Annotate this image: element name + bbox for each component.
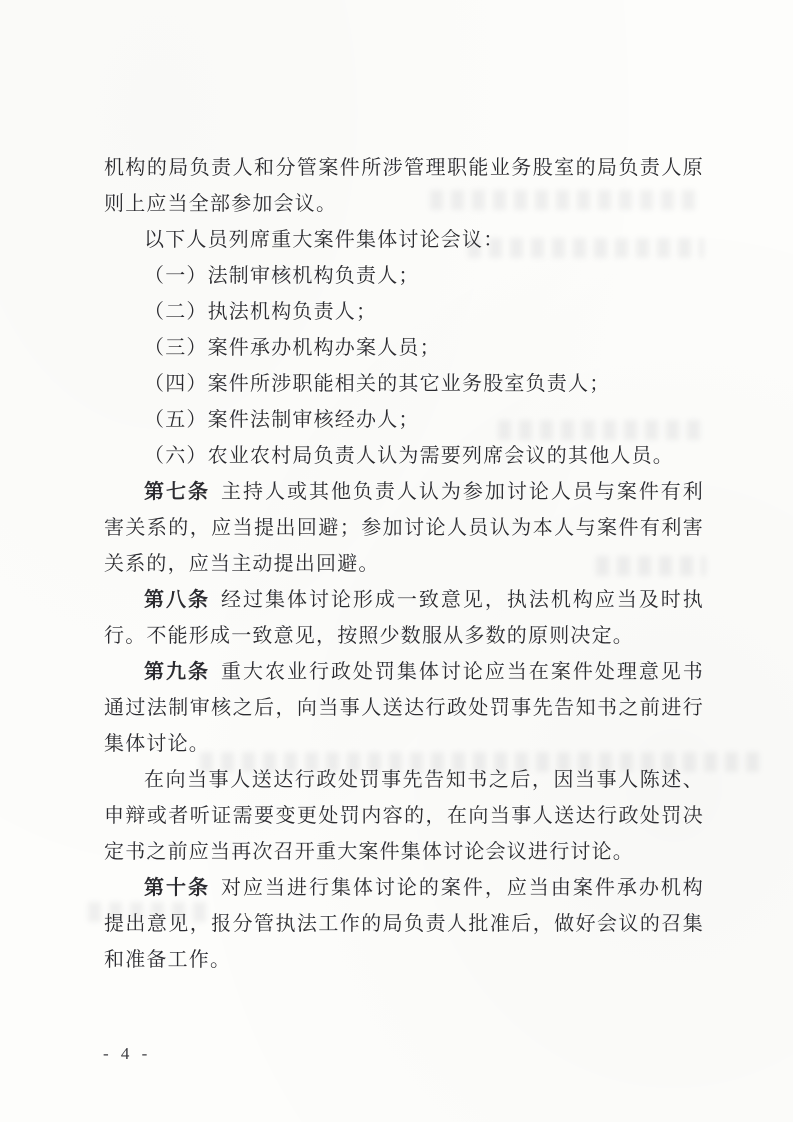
paragraph: 第八条经过集体讨论形成一致意见，执法机构应当及时执行。不能形成一致意见，按照少数… (104, 582, 704, 654)
paragraph-text: 机构的局负责人和分管案件所涉管理职能业务股室的局负责人原则上应当全部参加会议。 (104, 157, 704, 215)
paragraph-text: （二）执法机构负责人； (144, 301, 377, 323)
page-number: - 4 - (103, 1044, 151, 1064)
paragraph: （五）案件法制审核经办人； (104, 402, 704, 438)
paragraph: （四）案件所涉职能相关的其它业务股室负责人； (104, 366, 704, 402)
paragraph: 以下人员列席重大案件集体讨论会议： (104, 222, 704, 258)
paragraph-text: 在向当事人送达行政处罚事先告知书之后，因当事人陈述、申辩或者听证需要变更处罚内容… (104, 769, 704, 863)
paragraph: （三）案件承办机构办案人员； (104, 330, 704, 366)
paragraph: 在向当事人送达行政处罚事先告知书之后，因当事人陈述、申辩或者听证需要变更处罚内容… (104, 762, 704, 870)
paragraph: （二）执法机构负责人； (104, 294, 704, 330)
scanned-document-page: 机构的局负责人和分管案件所涉管理职能业务股室的局负责人原则上应当全部参加会议。 … (0, 0, 793, 1122)
article-number: 第十条 (144, 877, 210, 899)
document-body: 机构的局负责人和分管案件所涉管理职能业务股室的局负责人原则上应当全部参加会议。 … (104, 150, 704, 978)
paragraph: （一）法制审核机构负责人； (104, 258, 704, 294)
paragraph-text: （六）农业农村局负责人认为需要列席会议的其他人员。 (144, 445, 674, 467)
paragraph: 机构的局负责人和分管案件所涉管理职能业务股室的局负责人原则上应当全部参加会议。 (104, 150, 704, 222)
paragraph: 第九条重大农业行政处罚集体讨论应当在案件处理意见书通过法制审核之后，向当事人送达… (104, 654, 704, 762)
paragraph: 第十条对应当进行集体讨论的案件，应当由案件承办机构提出意见，报分管执法工作的局负… (104, 870, 704, 978)
paragraph-text: （四）案件所涉职能相关的其它业务股室负责人； (144, 373, 610, 395)
paragraph-text: （五）案件法制审核经办人； (144, 409, 420, 431)
paragraph: （六）农业农村局负责人认为需要列席会议的其他人员。 (104, 438, 704, 474)
paragraph-text: （一）法制审核机构负责人； (144, 265, 420, 287)
article-number: 第七条 (144, 481, 210, 503)
article-number: 第九条 (144, 661, 210, 683)
paragraph-text: （三）案件承办机构办案人员； (144, 337, 441, 359)
paragraph: 第七条主持人或其他负责人认为参加讨论人员与案件有利害关系的，应当提出回避；参加讨… (104, 474, 704, 582)
paragraph-text: 以下人员列席重大案件集体讨论会议： (144, 229, 504, 251)
article-number: 第八条 (144, 589, 210, 611)
